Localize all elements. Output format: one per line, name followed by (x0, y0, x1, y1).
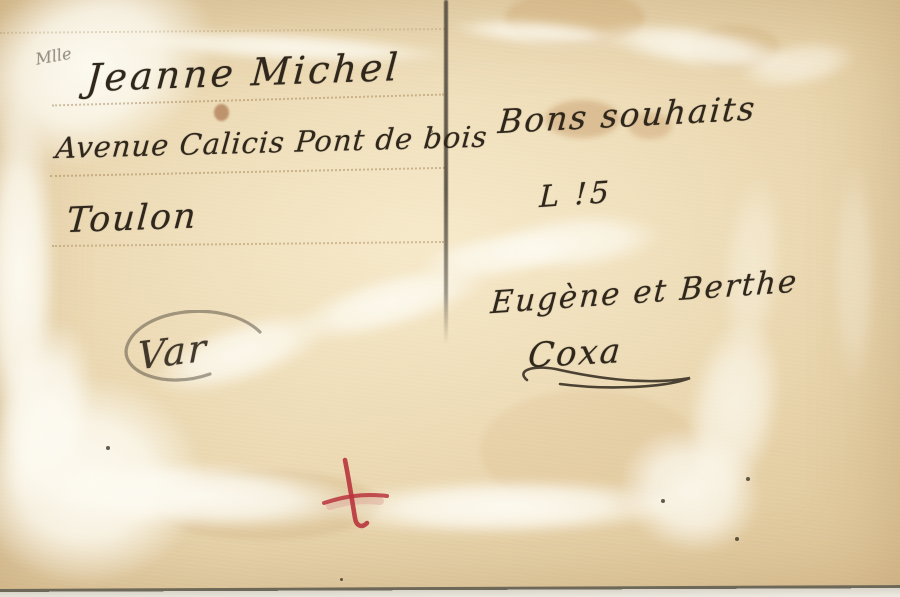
paper-speck (735, 537, 739, 541)
paper-stain (214, 104, 229, 121)
greeting-text: Bons souhaits (497, 88, 759, 141)
addressee-region: Var (137, 325, 208, 378)
date-mark: L !5 (539, 175, 613, 215)
red-cross-mark (300, 440, 420, 550)
divider-line (444, 0, 448, 344)
paper-speck (106, 446, 110, 450)
paper-speck (430, 130, 433, 133)
signature-flourish-underline (515, 366, 700, 396)
postcard-scan: Mlle Jeanne Michel Avenue Calicis Pont d… (0, 0, 900, 597)
addressee-city: Toulon (65, 196, 199, 241)
card-bottom-edge (0, 585, 900, 597)
paper-speck (746, 477, 750, 481)
paper-speck (340, 578, 343, 581)
address-rule-line (50, 167, 445, 177)
white-paint-streak (832, 160, 877, 390)
address-rule-line (52, 241, 444, 247)
paper-speck (661, 499, 665, 503)
